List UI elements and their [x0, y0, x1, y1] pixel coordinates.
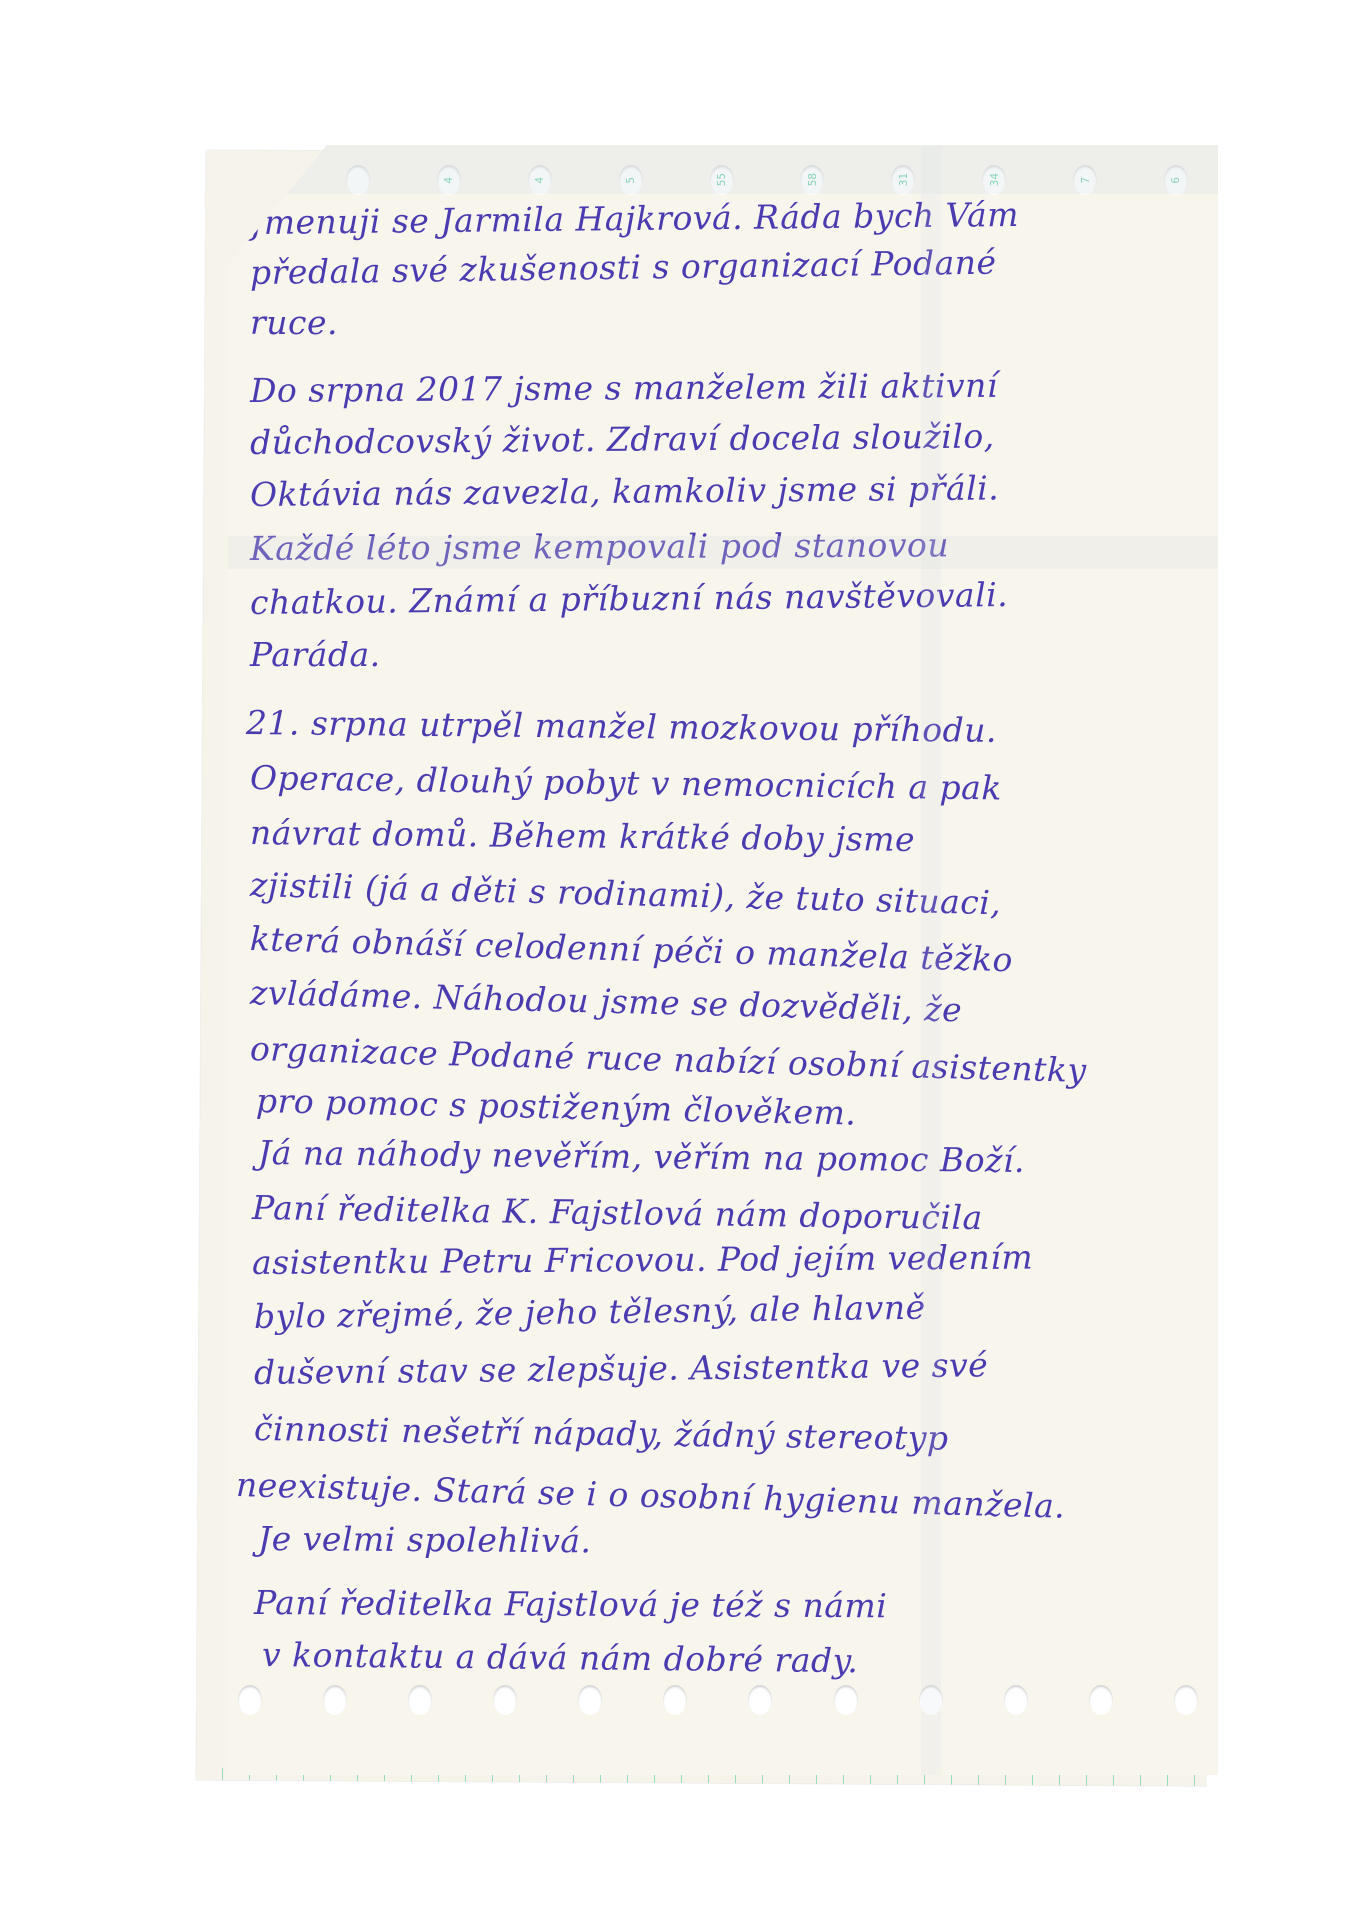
letter-line: Já na náhody nevěřím, věřím na pomoc Bož…	[258, 1133, 1025, 1180]
letter-line: Oktávia nás zavezla, kamkoliv jsme si př…	[250, 468, 1000, 514]
letter-line: zvládáme. Náhodou jsme se dozvěděli, že	[250, 973, 963, 1029]
hole-number: 5	[624, 177, 637, 184]
hole-number: 31	[897, 173, 910, 186]
tractor-hole: 34	[982, 165, 1006, 195]
letter-line: Každé léto jsme kempovali pod stanovou	[250, 525, 949, 568]
hole-number: 58	[806, 173, 819, 186]
letter-line: organizace Podané ruce nabízí osobní asi…	[249, 1029, 1087, 1090]
letter-line: předala své zkušenosti s organizací Poda…	[250, 243, 997, 292]
bottom-tractor-holes	[238, 1685, 1198, 1715]
letter-line: která obnáší celodenní péči o manžela tě…	[249, 919, 1013, 979]
hole-number: 4	[533, 177, 546, 184]
tractor-hole	[748, 1685, 772, 1715]
hole-number: 34	[988, 173, 1001, 186]
letter-line: Operace, dlouhý pobyt v nemocnicích a pa…	[250, 758, 1002, 807]
tractor-hole: 7	[1073, 165, 1097, 195]
letter-line: ruce.	[250, 303, 338, 342]
letter-line: chatkou. Známí a příbuzní nás navštěvova…	[250, 575, 1009, 622]
letter-line: Do srpna 2017 jsme s manželem žili aktiv…	[250, 366, 998, 410]
tractor-hole	[346, 165, 370, 195]
tractor-hole	[1174, 1685, 1198, 1715]
letter-line: Paní ředitelka K. Fajstlová nám doporuči…	[252, 1188, 983, 1237]
hole-number: 7	[1079, 177, 1092, 184]
tractor-hole: 55	[710, 165, 734, 195]
tractor-hole	[663, 1685, 687, 1715]
letter-sheet: 4455558313476 Jmenuji se Jarmila Hajkrov…	[228, 145, 1218, 1775]
tractor-hole: 6	[1164, 165, 1188, 195]
letter-line: bylo zřejmé, že jeho tělesný, ale hlavně	[254, 1288, 926, 1336]
letter-line: Je velmi spolehlivá.	[258, 1519, 592, 1560]
letter-line: asistentku Petru Fricovou. Pod jejím ved…	[252, 1238, 1033, 1282]
hole-number: 55	[715, 173, 728, 186]
tractor-hole	[919, 1685, 943, 1715]
letter-line: neexistuje. Stará se i o osobní hygienu …	[235, 1465, 1065, 1526]
tractor-hole	[1089, 1685, 1113, 1715]
tractor-hole: 4	[437, 165, 461, 195]
hole-number: 6	[1169, 177, 1182, 184]
letter-line: důchodcovský život. Zdraví docela slouži…	[250, 417, 995, 462]
letter-line: 21. srpna utrpěl manžel mozkovou příhodu…	[246, 703, 997, 750]
tractor-hole	[493, 1685, 517, 1715]
tractor-hole	[1004, 1685, 1028, 1715]
tractor-hole	[834, 1685, 858, 1715]
letter-line: pro pomoc s postiženým člověkem.	[256, 1081, 857, 1133]
tractor-hole	[323, 1685, 347, 1715]
letter-line: zjistili (já a děti s rodinami), že tuto…	[250, 865, 1002, 922]
tractor-hole: 5	[619, 165, 643, 195]
tractor-hole	[578, 1685, 602, 1715]
tractor-hole: 58	[800, 165, 824, 195]
letter-line: duševní stav se zlepšuje. Asistentka ve …	[254, 1345, 989, 1392]
tractor-hole: 4	[528, 165, 552, 195]
hole-number: 4	[442, 177, 455, 184]
letter-line: činnosti nešetří nápady, žádný stereotyp	[254, 1409, 949, 1458]
letter-line: Paráda.	[250, 635, 381, 674]
tractor-hole	[408, 1685, 432, 1715]
letter-line: Paní ředitelka Fajstlová je též s námi	[254, 1583, 887, 1625]
tractor-hole	[238, 1685, 262, 1715]
tractor-hole: 31	[891, 165, 915, 195]
letter-line: návrat domů. Během krátké doby jsme	[250, 813, 915, 859]
letter-line: Jmenuji se Jarmila Hajkrová. Ráda bych V…	[250, 195, 1019, 242]
top-tractor-holes: 4455558313476	[346, 165, 1188, 195]
letter-line: v kontaktu a dává nám dobré rady.	[262, 1635, 859, 1680]
